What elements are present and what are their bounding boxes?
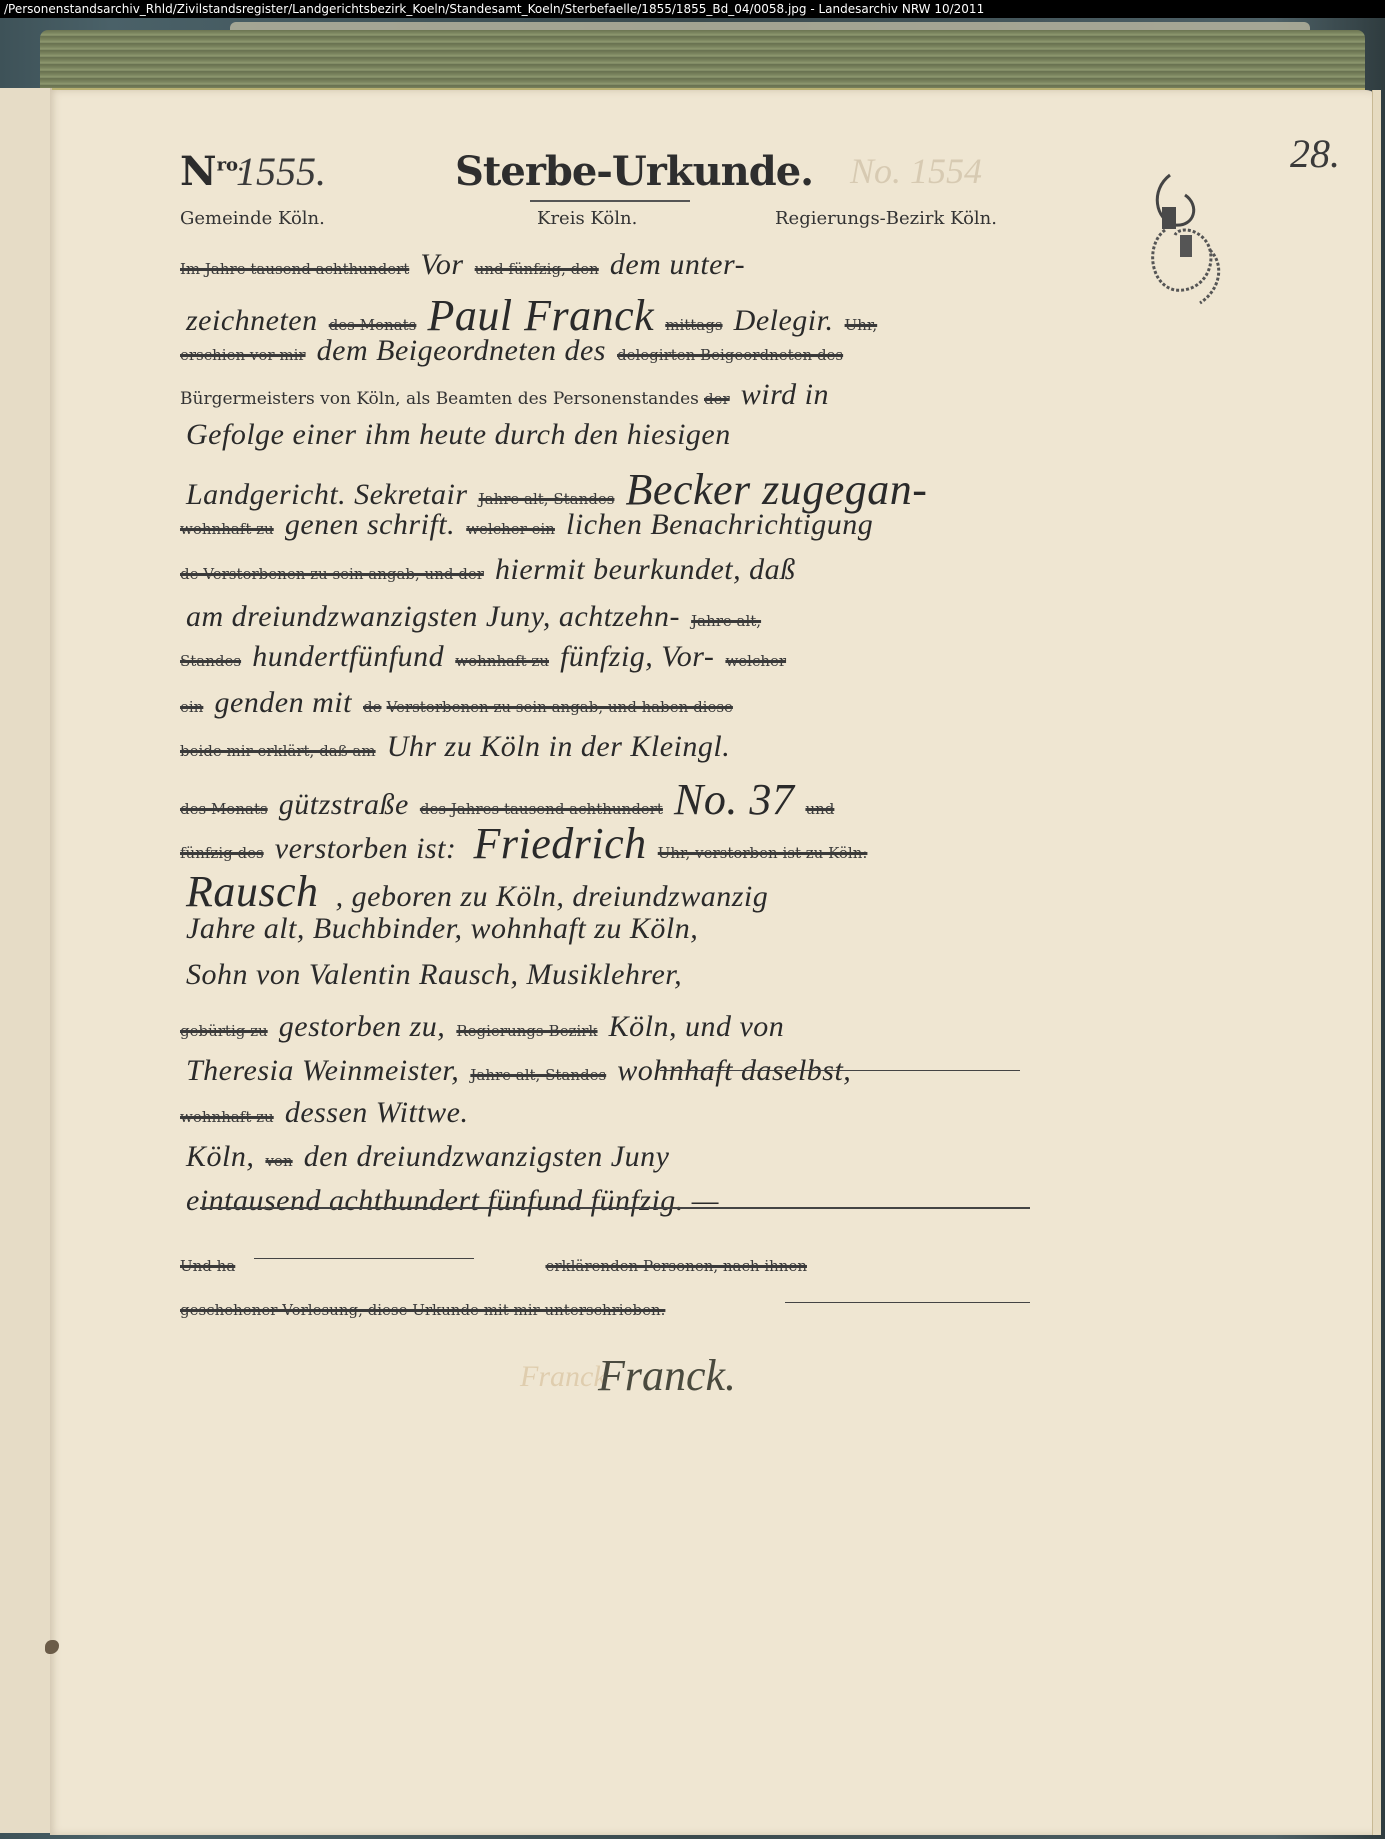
handwritten-text: am dreiundzwanzigsten Juny, achtzehn-	[180, 600, 686, 633]
certificate-line: Im Jahre tausend achthundert Vor und fün…	[180, 248, 1020, 282]
struck-printed-text: Im Jahre tausend achthundert	[180, 260, 409, 278]
gemeinde-label: Gemeinde Köln.	[180, 208, 325, 229]
struck-printed-text: des Monats	[329, 316, 417, 334]
blank-rule-2	[785, 1302, 1030, 1303]
certificate-line: Köln, von den dreiundzwanzigsten Juny	[180, 1140, 1020, 1174]
struck-printed-text: Und ha	[180, 1257, 235, 1275]
handwritten-text: Köln,	[180, 1140, 260, 1173]
death-certificate: 28. No. 1554 Nro. 1555. Sterbe-Urkunde. …	[0, 0, 1385, 1839]
struck-printed-text: erklärenden Personen, nach ihnen	[545, 1257, 807, 1275]
struck-printed-text: wohnhaft zu	[180, 520, 274, 538]
certificate-line: Bürgermeisters von Köln, als Beamten des…	[180, 378, 1020, 412]
certificate-line: beide mir erklärt, daß am Uhr zu Köln in…	[180, 730, 1020, 764]
struck-printed-text: und fünfzig, den	[475, 260, 599, 278]
handwritten-text: hundertfünfund	[246, 640, 450, 673]
struck-printed-text: und	[805, 800, 834, 818]
handwritten-text: lichen Benachrichtigung	[560, 508, 879, 541]
handwritten-text: Uhr zu Köln in der Kleingl.	[381, 730, 737, 763]
handwritten-text: fünfzig, Vor-	[554, 640, 720, 673]
record-number-label: Nro.	[180, 148, 244, 195]
certificate-line: wohnhaft zu dessen Wittwe.	[180, 1096, 1020, 1130]
certificate-line: Sohn von Valentin Rausch, Musiklehrer,	[180, 958, 1020, 992]
struck-printed-text: Verstorbenen zu sein angab, und haben di…	[387, 698, 733, 716]
struck-printed-text: de	[363, 698, 381, 716]
struck-printed-text: welcher	[725, 652, 786, 670]
handwritten-text: Paul Franck	[421, 291, 660, 340]
certificate-line: wohnhaft zu genen schrift. welcher ein l…	[180, 508, 1020, 542]
record-number: 1555.	[236, 148, 326, 195]
handwritten-text: Landgericht. Sekretair	[180, 478, 474, 511]
handwritten-text: Sohn von Valentin Rausch, Musiklehrer,	[180, 958, 688, 991]
certificate-line: Standes hundertfünfund wohnhaft zu fünfz…	[180, 640, 1020, 674]
struck-printed-text: mittags	[665, 316, 722, 334]
struck-printed-text: Uhr, verstorben ist zu Köln:	[658, 844, 868, 862]
handwritten-text: wird in	[735, 378, 835, 411]
handwritten-text: hiermit beurkundet, daß	[489, 553, 802, 586]
certificate-line: eintausend achthundert fünfund fünfzig. …	[180, 1184, 1020, 1218]
certificate-line: Theresia Weinmeister, Jahre alt, Standes…	[180, 1054, 1020, 1088]
struck-printed-text: des Jahres tausend achthundert	[420, 800, 663, 818]
certificate-line: de Verstorbenen zu sein angab, und der h…	[180, 553, 1020, 587]
handwritten-text: Köln, und von	[603, 1010, 791, 1043]
handwritten-text: verstorben ist:	[269, 832, 463, 865]
struck-printed-text: Jahre alt, Standes	[470, 1066, 606, 1084]
struck-printed-text: de Verstorbenen zu sein angab, und der	[180, 565, 484, 583]
certificate-line: Rausch , geboren zu Köln, dreiundzwanzig	[180, 866, 1020, 917]
blank-rule-1	[254, 1258, 474, 1259]
handwritten-text: Theresia Weinmeister,	[180, 1054, 465, 1087]
handwritten-text: gestorben zu,	[273, 1010, 452, 1043]
handwritten-text: dem unter-	[604, 248, 751, 281]
document-title: Sterbe-Urkunde.	[455, 148, 813, 195]
bleed-through-number: No. 1554	[850, 150, 982, 192]
printed-text: Bürgermeisters von Köln, als Beamten des…	[180, 389, 699, 409]
handwritten-text: genen schrift.	[279, 508, 461, 541]
handwritten-text: gützstraße	[273, 788, 415, 821]
fill-line	[660, 1070, 1020, 1071]
struck-printed-text: erschien vor mir	[180, 346, 306, 364]
certificate-line: am dreiundzwanzigsten Juny, achtzehn- Ja…	[180, 600, 1020, 634]
certificate-line: gebürtig zu gestorben zu, Regierungs-Bez…	[180, 1010, 1020, 1044]
page-number: 28.	[1290, 130, 1340, 177]
handwritten-text: eintausend achthundert fünfund fünfzig. …	[180, 1184, 725, 1217]
handwritten-text: No. 37	[668, 775, 800, 824]
handwritten-text: dessen Wittwe.	[279, 1096, 475, 1129]
handwritten-text: genden mit	[208, 686, 357, 719]
certificate-line: fünfzig des verstorben ist: Friedrich Uh…	[180, 818, 1020, 869]
certificate-line: erschien vor mir dem Beigeordneten des d…	[180, 334, 1020, 368]
handwritten-text: Delegir.	[728, 304, 840, 337]
bleed-through-signature: Franck	[520, 1360, 607, 1394]
struck-printed-text: delegirten Beigeordneten des	[617, 346, 843, 364]
struck-printed-text: welcher ein	[466, 520, 555, 538]
struck-printed-text: Standes	[180, 652, 241, 670]
ink-stamp-mark-icon	[1140, 165, 1250, 305]
handwritten-text: dem Beigeordneten des	[311, 334, 612, 367]
struck-printed-text: Jahre alt,	[691, 612, 761, 630]
certificate-line: ein genden mit de Verstorbenen zu sein a…	[180, 686, 1020, 720]
handwritten-text: Becker zugegan-	[620, 465, 934, 514]
struck-printed-text: des Monats	[180, 800, 268, 818]
struck-printed-text: wohnhaft zu	[180, 1108, 274, 1126]
struck-printed-text: der	[704, 390, 730, 408]
struck-printed-text: beide mir erklärt, daß am	[180, 742, 376, 760]
handwritten-text: Jahre alt, Buchbinder, wohnhaft zu Köln,	[180, 912, 704, 945]
handwritten-text: , geboren zu Köln, dreiundzwanzig	[330, 880, 775, 913]
handwritten-text: Friedrich	[468, 819, 653, 868]
struck-printed-text: Regierungs-Bezirk	[456, 1022, 597, 1040]
handwritten-text: zeichneten	[180, 304, 324, 337]
certificate-line: Jahre alt, Buchbinder, wohnhaft zu Köln,	[180, 912, 1020, 946]
handwritten-text: Vor	[414, 248, 469, 281]
struck-printed-text: Jahre alt, Standes	[479, 490, 615, 508]
struck-printed-text: von	[265, 1152, 292, 1170]
struck-printed-text: geschehener Vorlesung, diese Urkunde mit…	[180, 1301, 665, 1319]
closing-rule	[200, 1207, 1030, 1209]
title-underline	[530, 200, 690, 202]
handwritten-text: Rausch	[180, 867, 325, 916]
handwritten-text: Gefolge einer ihm heute durch den hiesig…	[180, 418, 737, 451]
struck-printed-text: wohnhaft zu	[455, 652, 549, 670]
signature: Franck.	[598, 1350, 736, 1401]
handwritten-text: den dreiundzwanzigsten Juny	[298, 1140, 676, 1173]
struck-printed-text: Uhr,	[845, 316, 878, 334]
struck-printed-text: ein	[180, 698, 203, 716]
struck-printed-text: gebürtig zu	[180, 1022, 268, 1040]
struck-printed-text: fünfzig des	[180, 844, 264, 862]
regierungsbezirk-label: Regierungs-Bezirk Köln.	[775, 208, 997, 229]
certificate-line: Gefolge einer ihm heute durch den hiesig…	[180, 418, 1020, 452]
kreis-label: Kreis Köln.	[537, 208, 637, 229]
